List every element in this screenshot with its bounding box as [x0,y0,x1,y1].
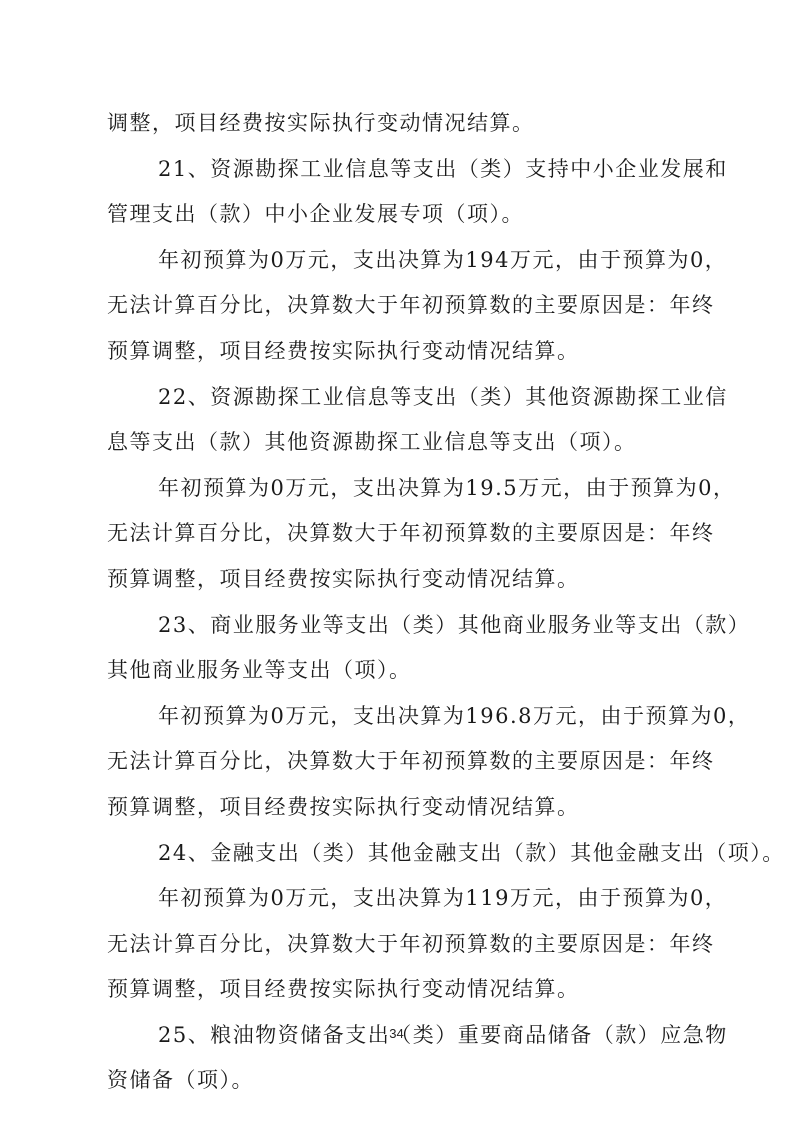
text-line: 无法计算百分比，决算数大于年初预算数的主要原因是：年终 [107,739,691,785]
text-line: 预算调整，项目经费按实际执行变动情况结算。 [107,329,691,375]
text-line: 预算调整，项目经费按实际执行变动情况结算。 [107,967,691,1013]
text-line: 年初预算为0万元，支出决算为119万元，由于预算为0， [107,876,691,922]
text-line: 管理支出（款）中小企业发展专项（项）。 [107,192,691,238]
text-line: 调整，项目经费按实际执行变动情况结算。 [107,101,691,147]
text-line: 息等支出（款）其他资源勘探工业信息等支出（项）。 [107,420,691,466]
text-line: 无法计算百分比，决算数大于年初预算数的主要原因是：年终 [107,511,691,557]
document-body: 调整，项目经费按实际执行变动情况结算。 21、资源勘探工业信息等支出（类）支持中… [107,101,691,1104]
text-line: 其他商业服务业等支出（项）。 [107,648,691,694]
text-line: 年初预算为0万元，支出决算为196.8万元，由于预算为0， [107,694,691,740]
text-line: 年初预算为0万元，支出决算为194万元，由于预算为0， [107,238,691,284]
section-heading-24: 24、金融支出（类）其他金融支出（款）其他金融支出（项）。 [107,831,691,877]
text-line: 预算调整，项目经费按实际执行变动情况结算。 [107,785,691,831]
text-line: 无法计算百分比，决算数大于年初预算数的主要原因是：年终 [107,922,691,968]
text-line: 资储备（项）。 [107,1058,691,1104]
text-line: 预算调整，项目经费按实际执行变动情况结算。 [107,557,691,603]
section-heading-23: 23、商业服务业等支出（类）其他商业服务业等支出（款） [107,603,691,649]
text-line: 无法计算百分比，决算数大于年初预算数的主要原因是：年终 [107,283,691,329]
section-heading-21: 21、资源勘探工业信息等支出（类）支持中小企业发展和 [107,147,691,193]
section-heading-22: 22、资源勘探工业信息等支出（类）其他资源勘探工业信 [107,375,691,421]
text-line: 年初预算为0万元，支出决算为19.5万元，由于预算为0， [107,466,691,512]
page-number: 34 [0,1026,793,1041]
